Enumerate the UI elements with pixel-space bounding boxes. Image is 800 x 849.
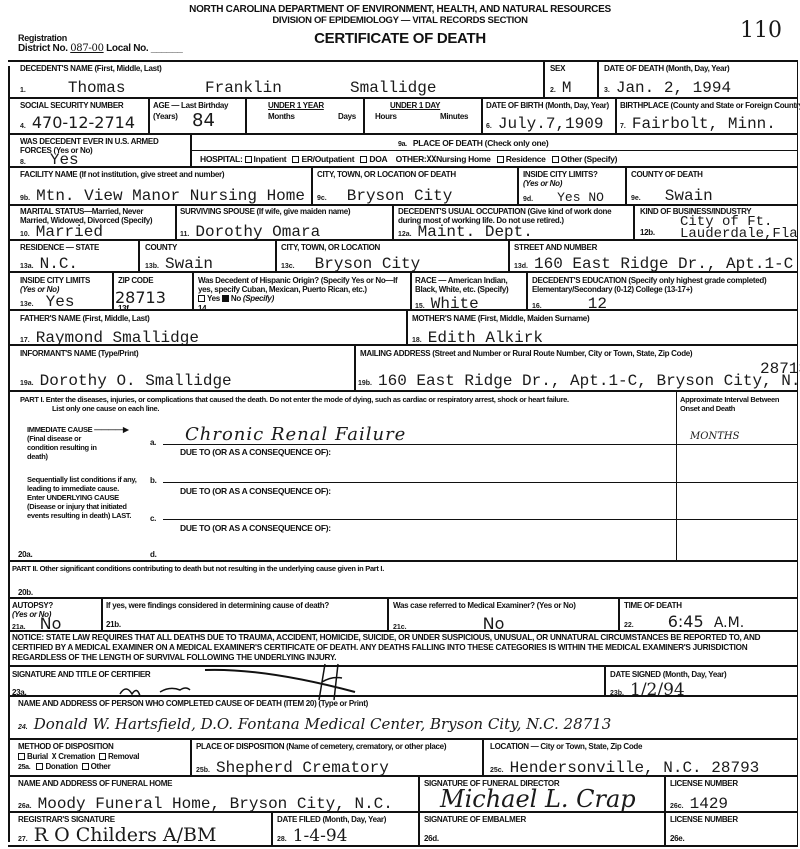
date-filed-value[interactable]: 28.1-4-94: [277, 826, 348, 846]
divider: [101, 598, 103, 630]
divider: [676, 391, 677, 561]
funeral-home-label: NAME AND ADDRESS OF FUNERAL HOME: [18, 779, 172, 788]
district-row: District No. 087-00 Local No. ______: [18, 44, 182, 53]
funeral-director-signature[interactable]: Michael L. Crap: [440, 785, 636, 813]
divider: [604, 666, 606, 696]
months-label: Months: [268, 112, 295, 121]
divider: [138, 240, 140, 273]
divider: [8, 695, 798, 697]
part1-instructions: PART I. Enter the diseases, injuries, or…: [20, 395, 569, 404]
divider: [664, 776, 666, 812]
registration-label: Registration: [18, 34, 67, 43]
divider: [615, 98, 617, 134]
field-number: 26d.: [424, 834, 439, 843]
decedent-name-label: DECEDENT'S NAME (First, Middle, Last): [20, 64, 161, 73]
method-options-1[interactable]: Burial X Cremation Removal: [18, 752, 139, 761]
field-number: 20b.: [18, 588, 33, 597]
divider: [163, 519, 798, 520]
divider: [387, 598, 389, 630]
field-number: 21b.: [106, 620, 121, 629]
license-label: LICENSE NUMBER: [670, 779, 738, 788]
race-label: RACE — American Indian, Black, White, et…: [415, 276, 525, 294]
street-label: STREET AND NUMBER: [514, 243, 597, 252]
due-to-b: DUE TO (OR AS A CONSEQUENCE OF):: [180, 487, 331, 496]
immediate-cause-sub: (Final disease or condition resulting in…: [27, 434, 107, 461]
divider: [148, 98, 150, 134]
divider: [8, 775, 798, 777]
part2-instructions: PART II. Other significant conditions co…: [12, 564, 384, 573]
immediate-cause-label: IMMEDIATE CAUSE ————▶: [27, 425, 128, 434]
mailing-address-zip[interactable]: 28713: [760, 361, 800, 377]
divider: [163, 482, 798, 483]
completer-value[interactable]: 24.Donald W. Hartsfield, D.O. Fontana Me…: [18, 715, 611, 733]
method-label: METHOD OF DISPOSITION: [18, 742, 113, 751]
divider: [410, 272, 412, 310]
divider: [8, 271, 798, 273]
divider: [8, 204, 798, 206]
field-number: 12b.: [640, 228, 655, 237]
divider: [526, 272, 528, 310]
divider: [363, 98, 365, 134]
divider: [190, 134, 192, 168]
divider: [482, 739, 484, 775]
mother-value[interactable]: 18.Edith Alkirk: [412, 330, 543, 349]
date-signed-value[interactable]: 23b.1/2/94: [610, 680, 685, 700]
immediate-cause-value[interactable]: Chronic Renal Failure: [185, 424, 406, 445]
line-letter: c.: [150, 514, 156, 523]
informant-label: INFORMANT'S NAME (Type/Print): [20, 349, 138, 358]
education-label: DECEDENT'S EDUCATION (Specify only highe…: [532, 276, 792, 294]
under-1-day-label: UNDER 1 DAY: [390, 101, 440, 110]
divider: [406, 310, 408, 345]
line-letter: b.: [150, 476, 157, 485]
place-disposition-label: PLACE OF DISPOSITION (Name of cemetery, …: [196, 742, 476, 751]
divider: [175, 205, 177, 240]
embalmer-label: SIGNATURE OF EMBALMER: [424, 815, 526, 824]
residence-city-label: CITY, TOWN, OR LOCATION: [281, 243, 380, 252]
divider: [8, 166, 798, 168]
residence-state-label: RESIDENCE — STATE: [20, 243, 99, 252]
findings-label: If yes, were findings considered in dete…: [106, 601, 329, 610]
divider: [112, 272, 114, 310]
divider: [8, 811, 798, 813]
death-county-label: COUNTY OF DEATH: [631, 170, 703, 179]
form-border-left: [8, 66, 10, 842]
divider: [8, 597, 798, 599]
method-options-2[interactable]: 25a.Donation Other: [18, 762, 110, 772]
district-value: 087-00: [70, 43, 103, 54]
date-filed-label: DATE FILED (Month, Day, Year): [277, 815, 386, 824]
minutes-label: Minutes: [440, 112, 468, 121]
age-value[interactable]: 84: [192, 113, 215, 129]
days-label: Days: [338, 112, 356, 121]
field-number: 20a.: [18, 550, 32, 559]
divider: [8, 390, 798, 392]
divider: [664, 812, 666, 845]
ssn-value[interactable]: 4.470-12-2714: [20, 115, 135, 135]
divider: [192, 272, 194, 310]
ssn-label: SOCIAL SECURITY NUMBER: [20, 101, 123, 110]
divider: [311, 167, 313, 205]
division-title: DIVISION OF EPIDEMIOLOGY — VITAL RECORDS…: [0, 15, 800, 26]
line-letter: d.: [150, 550, 157, 559]
divider: [517, 167, 519, 205]
divider: [633, 205, 635, 240]
form-border-top: [8, 60, 798, 62]
armed-forces-value[interactable]: 8.Yes: [20, 152, 79, 171]
form-border-right: [797, 60, 798, 846]
under-1-year-label: UNDER 1 YEAR: [268, 101, 324, 110]
father-value[interactable]: 17.Raymond Smallidge: [20, 330, 199, 349]
business-value[interactable]: City of Ft.Lauderdale,Fla.: [680, 216, 800, 240]
agency-title: NORTH CAROLINA DEPARTMENT OF ENVIRONMENT…: [0, 4, 800, 15]
registrar-label: REGISTRAR'S SIGNATURE: [18, 815, 115, 824]
place-of-death-options[interactable]: HOSPITAL: Inpatient ER/Outpatient DOA OT…: [200, 155, 617, 165]
divider: [8, 97, 798, 99]
registrar-signature[interactable]: 27.R O Childers A/BM: [18, 824, 216, 846]
divider: [597, 60, 599, 98]
divider: [8, 738, 798, 740]
race-value[interactable]: 15.White: [415, 296, 479, 315]
mailing-address-label: MAILING ADDRESS (Street and Number or Ru…: [360, 349, 692, 358]
divider: [508, 240, 510, 273]
zip-label: ZIP CODE: [118, 276, 153, 285]
date-signed-label: DATE SIGNED (Month, Day, Year): [610, 670, 726, 679]
birthplace-label: BIRTHPLACE (County and State or Foreign …: [620, 101, 800, 110]
spouse-label: SURVIVING SPOUSE (If wife, give maiden n…: [180, 207, 350, 216]
part1-subinstructions: List only one cause on each line.: [52, 404, 159, 413]
divider: [275, 240, 277, 273]
hours-label: Hours: [375, 112, 397, 121]
divider: [625, 167, 627, 205]
divider: [8, 309, 798, 311]
sequential-label: Sequentially list conditions if any, lea…: [27, 475, 137, 520]
divider: [481, 98, 483, 134]
divider: [271, 812, 273, 845]
age-years-label: (Years): [153, 112, 178, 121]
decedent-middle-name[interactable]: Franklin: [205, 80, 282, 96]
dob-label: DATE OF BIRTH (Month, Day, Year): [486, 101, 609, 110]
license2-label: LICENSE NUMBER: [670, 815, 738, 824]
district-label: District No.: [18, 43, 68, 54]
facility-label: FACILITY NAME (If not institution, give …: [20, 170, 224, 179]
location-label: LOCATION — City or Town, State, Zip Code: [490, 742, 642, 751]
divider: [392, 205, 394, 240]
sex-label: SEX: [550, 64, 565, 73]
father-label: FATHER'S NAME (First, Middle, Last): [20, 314, 149, 323]
hispanic-label: Was Decedent of Hispanic Origin? (Specif…: [198, 276, 408, 294]
decedent-last-name[interactable]: Smallidge: [350, 80, 436, 96]
divider: [190, 150, 798, 151]
divider: [8, 344, 798, 346]
time-of-death-label: TIME OF DEATH: [624, 601, 682, 610]
place-of-death-label: 9a.PLACE OF DEATH (Check only one): [398, 139, 548, 149]
interval-label: Approximate Interval Between Onset and D…: [680, 395, 790, 413]
divider: [543, 60, 545, 98]
field-number: 26e.: [670, 834, 684, 843]
completer-label: NAME AND ADDRESS OF PERSON WHO COMPLETED…: [18, 699, 368, 708]
hispanic-options[interactable]: Yes No (Specify): [198, 294, 274, 303]
education-value[interactable]: 16.12: [532, 296, 607, 315]
divider: [418, 812, 420, 845]
divider: [8, 239, 798, 241]
divider: [245, 98, 247, 134]
interval-a-value[interactable]: months: [690, 427, 739, 443]
mother-label: MOTHER'S NAME (First, Middle, Maiden Sur…: [412, 314, 589, 323]
divider: [618, 598, 620, 630]
medical-examiner-label: Was case referred to Medical Examiner? (…: [393, 601, 576, 610]
divider: [190, 739, 192, 775]
line-letter: a.: [150, 438, 156, 447]
divider: [8, 630, 798, 632]
divider: [354, 345, 356, 390]
divider: [8, 560, 798, 562]
age-label: AGE — Last Birthday: [153, 101, 228, 110]
residence-inside-label: INSIDE CITY LIMITS(Yes or No): [20, 276, 90, 294]
divider: [8, 133, 798, 135]
inside-city-label: INSIDE CITY LIMITS?(Yes or No): [523, 170, 598, 188]
divider: [418, 776, 420, 812]
divider: [163, 444, 798, 445]
page-mark: 110: [740, 18, 782, 43]
local-label: Local No.: [106, 43, 148, 54]
residence-county-label: COUNTY: [145, 243, 177, 252]
due-to-c: DUE TO (OR AS A CONSEQUENCE OF):: [180, 524, 331, 533]
notice-text: NOTICE: STATE LAW REQUIRES THAT ALL DEAT…: [12, 633, 798, 663]
death-city-label: CITY, TOWN, OR LOCATION OF DEATH: [317, 170, 456, 179]
due-to-a: DUE TO (OR AS A CONSEQUENCE OF):: [180, 448, 331, 457]
dod-label: DATE OF DEATH (Month, Day, Year): [604, 64, 729, 73]
